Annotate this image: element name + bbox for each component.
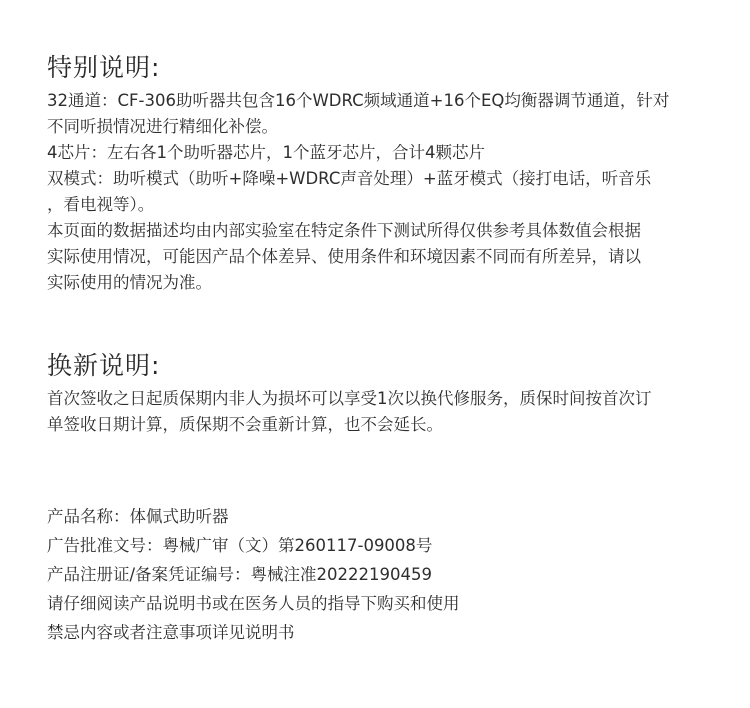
usage-advice-line: 请仔细阅读产品说明书或在医务人员的指导下购买和使用 [47, 589, 460, 618]
special-notes-line: 实际使用的情况为准。 [47, 270, 669, 296]
special-notes-line: 4芯片：左右各1个助听器芯片，1个蓝牙芯片，合计4颗芯片 [47, 140, 669, 166]
special-notes-line: 不同听损情况进行精细化补偿。 [47, 114, 669, 140]
replacement-notes-line: 首次签收之日起质保期内非人为损坏可以享受1次以换代修服务，质保时间按首次订 [47, 386, 652, 412]
replacement-notes-heading: 换新说明: [47, 351, 160, 381]
special-notes-heading: 特别说明: [47, 53, 160, 83]
product-info-body: 产品名称：体佩式助听器 广告批准文号：粤械广审（文）第260117-09008号… [47, 502, 460, 647]
special-notes-line: 双模式：助听模式（助听+降噪+WDRC声音处理）+蓝牙模式（接打电话，听音乐 [47, 166, 669, 192]
replacement-notes-line: 单签收日期计算，质保期不会重新计算，也不会延长。 [47, 412, 652, 438]
contraindications-line: 禁忌内容或者注意事项详见说明书 [47, 618, 460, 647]
ad-approval-line: 广告批准文号：粤械广审（文）第260117-09008号 [47, 531, 460, 560]
registration-number-line: 产品注册证/备案凭证编号：粤械注准20222190459 [47, 560, 460, 589]
special-notes-body: 32通道：CF-306助听器共包含16个WDRC频域通道+16个EQ均衡器调节通… [47, 88, 669, 296]
special-notes-line: 实际使用情况，可能因产品个体差异、使用条件和环境因素不同而有所差异，请以 [47, 244, 669, 270]
replacement-notes-body: 首次签收之日起质保期内非人为损坏可以享受1次以换代修服务，质保时间按首次订 单签… [47, 386, 652, 438]
special-notes-line: ，看电视等）。 [47, 192, 669, 218]
special-notes-line: 32通道：CF-306助听器共包含16个WDRC频域通道+16个EQ均衡器调节通… [47, 88, 669, 114]
product-name-line: 产品名称：体佩式助听器 [47, 502, 460, 531]
special-notes-line: 本页面的数据描述均由内部实验室在特定条件下测试所得仅供参考具体数值会根据 [47, 218, 669, 244]
